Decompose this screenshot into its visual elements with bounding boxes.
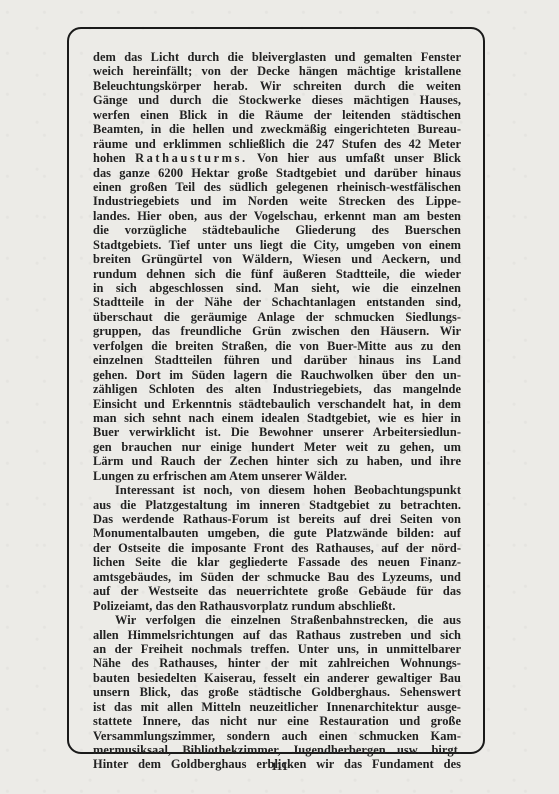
text-line: Beamten, in die hellen und zweckmäßig ei…: [93, 122, 461, 136]
text-fragment: hohen: [93, 151, 135, 165]
text-line: die vorzügliche städtebauliche Gliederun…: [93, 223, 461, 237]
text-line: Polizeiamt, das den Rathausvorplatz rund…: [93, 599, 461, 613]
text-line: auf der Westseite das neuerrichtete groß…: [93, 584, 461, 598]
text-line: hohen Rathausturms. Von hier aus umfaßt …: [93, 151, 461, 165]
text-line: gehen. Dort im Süden lagern die Rauchwol…: [93, 368, 461, 382]
text-fragment: Von hier aus umfaßt unser Blick: [248, 151, 461, 165]
text-line: breiten Grüngürtel von Wäldern, Wiesen u…: [93, 252, 461, 266]
text-line: stattete Innere, das nicht nur eine Rest…: [93, 714, 461, 728]
page-number: 111: [0, 759, 559, 774]
body-text: dem das Licht durch die bleiverglasten u…: [93, 50, 461, 772]
text-line: bauten besiedelten Kaiserau, fesselt ein…: [93, 671, 461, 685]
text-line: mermusiksaal, Bibliothekzimmer, Jugendhe…: [93, 743, 461, 757]
text-line: einen großen Teil des südlich gelegenen …: [93, 180, 461, 194]
text-line: Monumentalbauten umgeben, die gute Platz…: [93, 526, 461, 540]
text-line: Gänge und durch die Stockwerke dieses mä…: [93, 93, 461, 107]
text-line: Stadtgebiets. Tief unter uns liegt die C…: [93, 238, 461, 252]
text-line: landes. Hier oben, aus der Vogelschau, e…: [93, 209, 461, 223]
text-line: gruppen, das freundliche Grün zwischen d…: [93, 324, 461, 338]
text-line: weich hereinfällt; von der Decke hängen …: [93, 64, 461, 78]
text-line: dem das Licht durch die bleiverglasten u…: [93, 50, 461, 64]
text-line: das ganze 6200 Hektar große Stadtgebiet …: [93, 166, 461, 180]
text-line: überschaut die geräumige Anlage der schm…: [93, 310, 461, 324]
text-line: Buer verwirklicht ist. Die Bewohner unse…: [93, 425, 461, 439]
text-line: amtsgebäudes, im Süden der schmucke Bau …: [93, 570, 461, 584]
text-line: räume und erklimmen schließlich die 247 …: [93, 137, 461, 151]
text-line: Interessant ist noch, von diesem hohen B…: [93, 483, 461, 497]
text-line: in sich abgeschlossen sind. Man sieht, w…: [93, 281, 461, 295]
text-line: aus die Platzgestaltung im inneren Stadt…: [93, 498, 461, 512]
text-line: verfolgen die breiten Straßen, die von B…: [93, 339, 461, 353]
text-line: einzelnen Stadtteilen führen und darüber…: [93, 353, 461, 367]
text-line: Das werdende Rathaus-Forum ist bereits a…: [93, 512, 461, 526]
text-line: der Ostseite die imposante Front des Rat…: [93, 541, 461, 555]
text-line: allen Himmelsrichtungen auf das Rathaus …: [93, 628, 461, 642]
text-line: Versammlungszimmer, sondern auch einen s…: [93, 729, 461, 743]
text-line: Lungen zu erfrischen am Atem unserer Wäl…: [93, 469, 461, 483]
text-line: man sich sehnt nach einem idealen Stadtg…: [93, 411, 461, 425]
text-line: ist das mit allen Mitteln neuzeitlicher …: [93, 700, 461, 714]
text-line: unsern Blick, das große städtische Goldb…: [93, 685, 461, 699]
text-line: Industriegebiets und im Norden weite Str…: [93, 194, 461, 208]
text-line: Wir verfolgen die einzelnen Straßenbahns…: [93, 613, 461, 627]
text-line: Stadtteile in der Nähe der Schachtanlage…: [93, 295, 461, 309]
text-line: werfen einen Blick in die Räume der leit…: [93, 108, 461, 122]
text-line: an der Freiheit nochmals treffen. Unter …: [93, 642, 461, 656]
text-line: Lärm und Rauch der Zechen hinter sich zu…: [93, 454, 461, 468]
text-line: rundum dehnen sich die fünf äußeren Stad…: [93, 267, 461, 281]
text-line: Einsicht und Erkenntnis städtebaulich ve…: [93, 397, 461, 411]
spaced-emphasis: Rathausturms.: [135, 151, 248, 165]
text-line: Nähe des Rathauses, hinter der mit zahlr…: [93, 656, 461, 670]
text-line: lichen Seite die klar gegliederte Fassad…: [93, 555, 461, 569]
text-line: zähligen Schloten des alten Industriegeb…: [93, 382, 461, 396]
text-line: Beleuchtungskörper herab. Wir schreiten …: [93, 79, 461, 93]
text-line: gen brauchen nur einige hundert Meter we…: [93, 440, 461, 454]
